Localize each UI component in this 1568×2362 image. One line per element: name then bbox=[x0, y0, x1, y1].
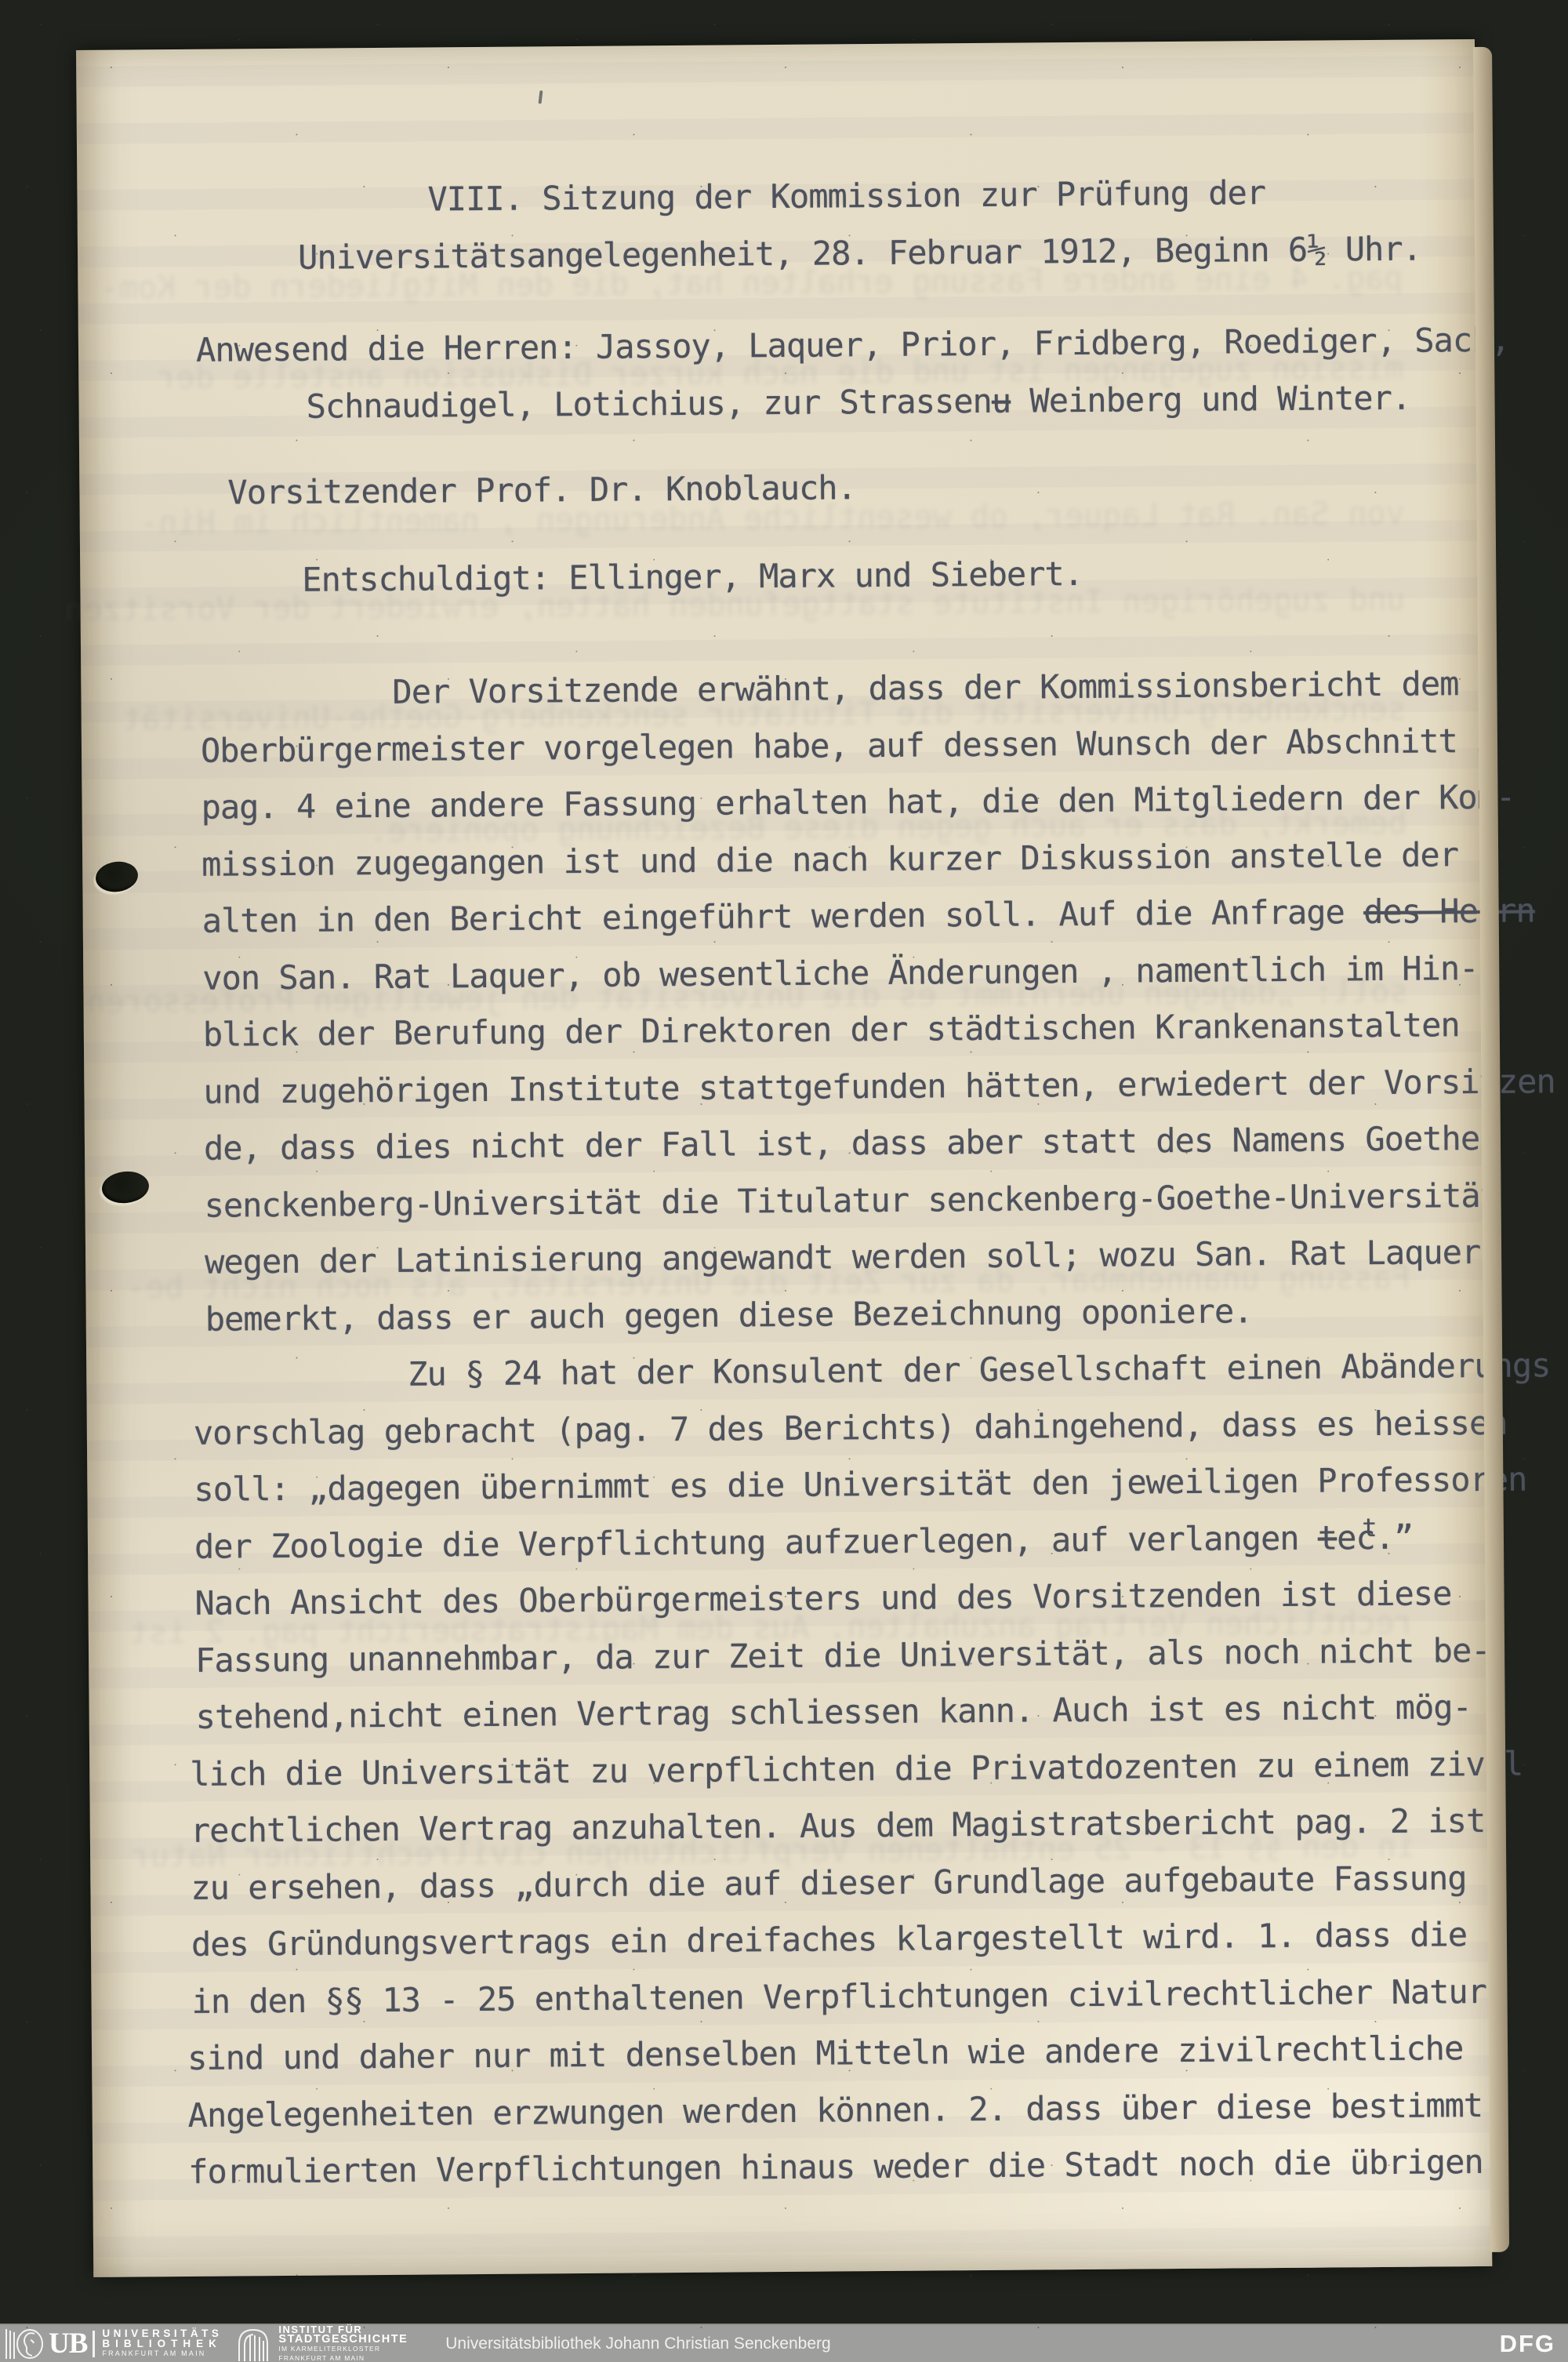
text-column: VIII. Sitzung der Kommission zur Prüfung… bbox=[188, 163, 1474, 2200]
document-line: VIII. Sitzung der Kommission zur Prüfung… bbox=[427, 163, 1459, 228]
document-line: Anwesend die Herren: Jassoy, Laquer, Pri… bbox=[196, 312, 1461, 379]
document-line: vorschlag gebracht (pag. 7 des Berichts)… bbox=[194, 1395, 1469, 1462]
ub-divider bbox=[93, 2331, 95, 2357]
bleedthrough-text: rechtlichen Vertrag anzuhalten. Aus dem … bbox=[191, 1605, 1414, 1651]
document-line: de, dass dies nicht der Fall ist, dass a… bbox=[204, 1110, 1467, 1177]
document-line: bemerkt, dass er auch gegen diese Bezeic… bbox=[205, 1281, 1468, 1348]
ifs-line3: IM KARMELITERKLOSTER bbox=[278, 2344, 408, 2353]
ifs-arch-icon bbox=[234, 2327, 272, 2361]
document-line: rechtlichen Vertrag anzuhalten. Aus dem … bbox=[191, 1793, 1472, 1859]
document-line: lich die Universität zu verpflichten die… bbox=[190, 1736, 1472, 1803]
bleedthrough-text: mission zugegangen ist und die nach kurz… bbox=[180, 351, 1403, 396]
ub-line3: FRANKFURT AM MAIN bbox=[102, 2349, 222, 2359]
bleedthrough-text: in den §§ 13 - 25 enthaltenen Verpflicht… bbox=[192, 1829, 1415, 1874]
document-line: Nach Ansicht des Oberbürgermeisters und … bbox=[194, 1565, 1470, 1632]
footer-bar: UB UNIVERSITÄTS BIBLIOTHEK FRANKFURT AM … bbox=[0, 2324, 1568, 2362]
bleedthrough-text: von San. Rat Laquer, ob wesentliche Ände… bbox=[182, 496, 1405, 541]
document-line: sind und daher nur mit denselben Mitteln… bbox=[187, 2020, 1474, 2087]
ub-logo: UB UNIVERSITÄTS BIBLIOTHEK FRANKFURT AM … bbox=[5, 2327, 222, 2360]
library-name-label: Universitätsbibliothek Johann Christian … bbox=[445, 2335, 830, 2353]
document-line: formulierten Verpflichtungen hinaus wede… bbox=[188, 2134, 1475, 2200]
ifs-line1: INSTITUT FÜR bbox=[278, 2325, 408, 2335]
punch-hole-bottom bbox=[100, 1169, 151, 1205]
ub-line2: BIBLIOTHEK bbox=[102, 2338, 222, 2349]
ub-line1: UNIVERSITÄTS bbox=[102, 2328, 222, 2338]
document-line: wegen der Latinisierung angewandt werden… bbox=[205, 1224, 1468, 1291]
bleedthrough-text: und zugehörigen Institute stattgefunden … bbox=[182, 582, 1405, 627]
scanned-page: pag. 4 eine andere Fassung erhalten hat,… bbox=[76, 39, 1492, 2277]
document-line: alten in den Bericht eingeführt werden s… bbox=[201, 883, 1465, 950]
ifs-line4: FRANKFURT AM MAIN bbox=[278, 2353, 408, 2362]
document-line: von San. Rat Laquer, ob wesentliche Ände… bbox=[202, 940, 1465, 1007]
bleedthrough-text: bemerkt, dass er auch gegen diese Bezeic… bbox=[184, 805, 1407, 851]
scanner-background: pag. 4 eine andere Fassung erhalten hat,… bbox=[0, 0, 1568, 2362]
document-line: blick der Berufung der Direktoren der st… bbox=[203, 997, 1466, 1063]
ub-emblem-icon bbox=[5, 2327, 45, 2360]
stray-ink-mark bbox=[539, 90, 543, 104]
document-line: Vorsitzender Prof. Dr. Knoblauch. bbox=[227, 455, 1461, 521]
dfg-logo: DFG bbox=[1500, 2330, 1555, 2358]
bleedthrough-text: senckenberg-Universität die Titulatur se… bbox=[183, 692, 1406, 737]
document-line: des Gründungsvertrags ein dreifaches kla… bbox=[191, 1906, 1473, 1973]
document-line: Schnaudigel, Lotichius, zur Strassenu We… bbox=[306, 369, 1461, 435]
document-line: der Zoologie die Verpflichtung aufzuerle… bbox=[194, 1509, 1470, 1575]
bleedthrough-text: Fassung unannehmbar, da zur Zeit die Uni… bbox=[187, 1260, 1410, 1306]
bleedthrough-text: soll: „dagegen übernimmt es die Universi… bbox=[185, 974, 1408, 1019]
document-line: senckenberg-Universität die Titulatur se… bbox=[204, 1168, 1467, 1234]
bleedthrough-text: pag. 4 eine andere Fassung erhalten hat,… bbox=[180, 260, 1403, 306]
document-line: zu ersehen, dass „durch die auf dieser G… bbox=[191, 1850, 1472, 1917]
document-line: pag. 4 eine andere Fassung erhalten hat,… bbox=[201, 769, 1464, 836]
document-line: mission zugegangen ist und die nach kurz… bbox=[201, 827, 1465, 893]
document-line: soll: „dagegen übernimmt es die Universi… bbox=[194, 1452, 1469, 1518]
document-line: in den §§ 13 - 25 enthaltenen Verpflicht… bbox=[191, 1964, 1473, 2030]
ifs-logo: INSTITUT FÜR STADTGESCHICHTE IM KARMELIT… bbox=[234, 2325, 408, 2362]
punch-hole-top bbox=[94, 859, 140, 894]
ghost-layer: pag. 4 eine andere Fassung erhalten hat,… bbox=[76, 39, 1475, 50]
document-line: Oberbürgermeister vorgelegen habe, auf d… bbox=[201, 713, 1464, 779]
ifs-line2: STADTGESCHICHTE bbox=[278, 2335, 408, 2344]
document-line: Zu § 24 hat der Konsulent der Gesellscha… bbox=[408, 1338, 1468, 1403]
document-line: stehend,nicht einen Vertrag schliessen k… bbox=[195, 1679, 1471, 1746]
document-line: Universitätsangelegenheit, 28. Februar 1… bbox=[298, 220, 1460, 286]
document-line: Fassung unannehmbar, da zur Zeit die Uni… bbox=[195, 1623, 1471, 1689]
page-edge-curl bbox=[1473, 47, 1509, 2252]
ub-abbr-label: UB bbox=[49, 2327, 87, 2360]
document-line: Angelegenheiten erzwungen werden können.… bbox=[187, 2077, 1474, 2144]
document-line: Der Vorsitzende erwähnt, dass der Kommis… bbox=[392, 656, 1463, 721]
bleedthrough-bands bbox=[76, 39, 1492, 2277]
document-line: Entschuldigt: Ellinger, Marx und Siebert… bbox=[302, 543, 1462, 609]
document-line: und zugehörigen Institute stattgefunden … bbox=[203, 1054, 1466, 1121]
